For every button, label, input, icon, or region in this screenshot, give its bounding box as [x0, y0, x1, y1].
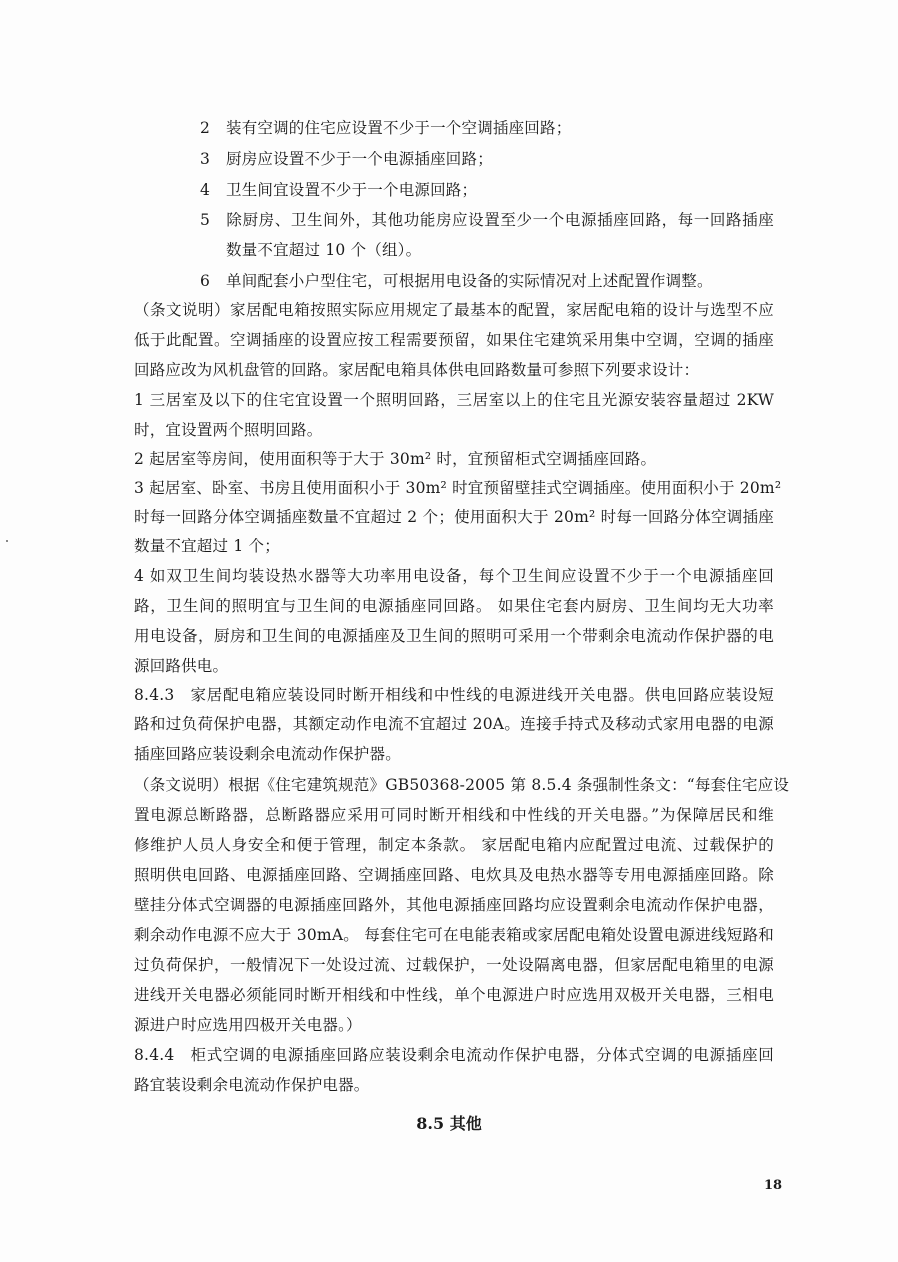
explanation-line: 1 三居室及以下的住宅宜设置一个照明回路，三居室以上的住宅且光源安装容量超过 2…: [134, 390, 774, 410]
list-item-continuation: 数量不宜超过 10 个（组）。: [226, 240, 421, 260]
explanation-line: 修维护人员人身安全和便于管理，制定本条款。 家居配电箱内应配置过电流、过载保护的: [134, 835, 774, 855]
explanation-line: 时每一回路分体空调插座数量不宜超过 2 个；使用面积大于 20m² 时每一回路分…: [134, 507, 774, 527]
explanation-line: 2 起居室等房间，使用面积等于大于 30m² 时，宜预留柜式空调插座回路。: [134, 449, 656, 469]
explanation-line: 路，卫生间的照明宜与卫生间的电源插座同回路。 如果住宅套内厨房、卫生间均无大功率: [134, 596, 774, 616]
clause-number: 8.4.3: [134, 685, 190, 705]
clause-8-4-3: 8.4.3家居配电箱应装设同时断开相线和中性线的电源进线开关电器。供电回路应装设…: [134, 685, 774, 705]
explanation-line: 剩余动作电源不应大于 30mA。 每套住宅可在电能表箱或家居配电箱处设置电源进线…: [134, 925, 774, 945]
list-item: 5除厨房、卫生间外，其他功能房应设置至少一个电源插座回路，每一回路插座: [200, 210, 774, 230]
list-item-text: 装有空调的住宅应设置不少于一个空调插座回路；: [226, 119, 571, 137]
clause-text: 柜式空调的电源插座回路应装设剩余电流动作保护电器，分体式空调的电源插座回: [190, 1046, 774, 1064]
explanation-line: 4 如双卫生间均装设热水器等大功率用电设备，每个卫生间应设置不少于一个电源插座回: [134, 566, 774, 586]
explanation-line: 3 起居室、卧室、书房且使用面积小于 30m² 时宜预留壁挂式空调插座。使用面积…: [134, 478, 774, 498]
list-item-number: 6: [200, 271, 226, 291]
explanation-line: 源进户时应选用四极开关电器。）: [134, 1015, 362, 1035]
explanation-line: 壁挂分体式空调器的电源插座回路外，其他电源插座回路均应设置剩余电流动作保护电器，: [134, 895, 774, 915]
section-heading: 8.5 其他: [0, 1114, 898, 1134]
explanation-line: 源回路供电。: [134, 656, 228, 676]
clause-8-4-4: 8.4.4柜式空调的电源插座回路应装设剩余电流动作保护电器，分体式空调的电源插座…: [134, 1045, 774, 1065]
list-item-text: 卫生间宜设置不少于一个电源回路；: [226, 181, 477, 199]
explanation-line: 回路应改为风机盘管的回路。家居配电箱具体供电回路数量可参照下列要求设计：: [134, 360, 699, 380]
scan-speck: [6, 540, 8, 542]
list-item: 4卫生间宜设置不少于一个电源回路；: [200, 180, 477, 200]
list-item: 2装有空调的住宅应设置不少于一个空调插座回路；: [200, 118, 571, 138]
list-item-number: 3: [200, 149, 226, 169]
explanation-line: 进线开关电器必须能同时断开相线和中性线，单个电源进户时应选用双极开关电器，三相电: [134, 985, 774, 1005]
page-number: 18: [764, 1178, 782, 1194]
list-item-number: 2: [200, 118, 226, 138]
list-item-text: 除厨房、卫生间外，其他功能房应设置至少一个电源插座回路，每一回路插座: [226, 211, 774, 229]
list-item-text: 厨房应设置不少于一个电源插座回路；: [226, 150, 493, 168]
clause-line: 路宜装设剩余电流动作保护电器。: [134, 1075, 370, 1095]
clause-text: 家居配电箱应装设同时断开相线和中性线的电源进线开关电器。供电回路应装设短: [190, 686, 774, 704]
explanation-line: （条文说明）根据《住宅建筑规范》GB50368-2005 第 8.5.4 条强制…: [134, 775, 774, 795]
explanation-line: 过负荷保护，一般情况下一处设过流、过载保护，一处设隔离电器，但家居配电箱里的电源: [134, 955, 774, 975]
list-item-number: 5: [200, 210, 226, 230]
explanation-line: 照明供电回路、电源插座回路、空调插座回路、电炊具及电热水器等专用电源插座回路。除: [134, 865, 774, 885]
explanation-line: 低于此配置。空调插座的设置应按工程需要预留，如果住宅建筑采用集中空调，空调的插座: [134, 330, 774, 350]
clause-line: 路和过负荷保护电器，其额定动作电流不宜超过 20A。连接手持式及移动式家用电器的…: [134, 714, 774, 734]
explanation-line: 数量不宜超过 1 个；: [134, 536, 280, 556]
explanation-line: 时，宜设置两个照明回路。: [134, 420, 322, 440]
document-page: 2装有空调的住宅应设置不少于一个空调插座回路； 3厨房应设置不少于一个电源插座回…: [0, 0, 898, 1262]
list-item: 6单间配套小户型住宅，可根据用电设备的实际情况对上述配置作调整。: [200, 271, 713, 291]
list-item: 3厨房应设置不少于一个电源插座回路；: [200, 149, 493, 169]
list-item-number: 4: [200, 180, 226, 200]
explanation-line: 置电源总断路器，总断路器应采用可同时断开相线和中性线的开关电器。”为保障居民和维: [134, 805, 774, 825]
clause-line: 插座回路应装设剩余电流动作保护器。: [134, 744, 401, 764]
clause-number: 8.4.4: [134, 1045, 190, 1065]
explanation-line: （条文说明）家居配电箱按照实际应用规定了最基本的配置，家居配电箱的设计与选型不应: [134, 300, 774, 320]
explanation-line: 用电设备，厨房和卫生间的电源插座及卫生间的照明可采用一个带剩余电流动作保护器的电: [134, 626, 774, 646]
list-item-text: 单间配套小户型住宅，可根据用电设备的实际情况对上述配置作调整。: [226, 272, 713, 290]
